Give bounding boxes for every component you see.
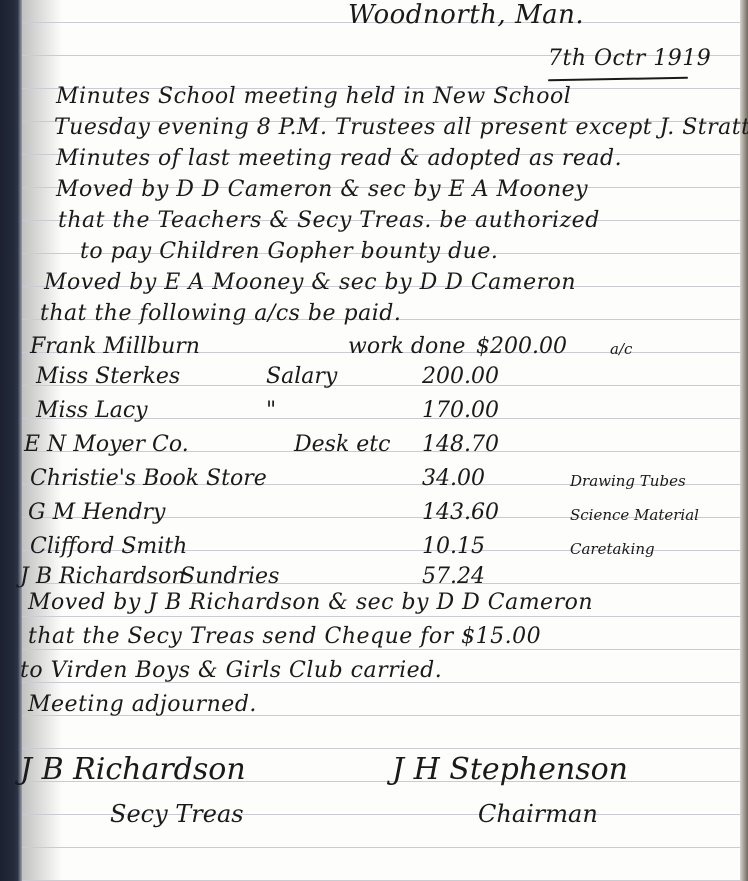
signature-secretary: J B Richardson xyxy=(20,752,246,787)
body-line: to pay Children Gopher bounty due. xyxy=(80,239,498,264)
account-amount: 143.60 xyxy=(422,500,499,525)
account-description: " xyxy=(266,398,276,423)
closing-line: that the Secy Treas send Cheque for $15.… xyxy=(28,624,541,649)
signature-chairman-title: Chairman xyxy=(478,800,598,828)
signature-chairman: J H Stephenson xyxy=(392,752,628,787)
account-amount: 148.70 xyxy=(422,432,499,457)
closing-line: Meeting adjourned. xyxy=(28,692,257,717)
body-line: that the following a/cs be paid. xyxy=(40,301,401,326)
account-name: J B Richardson xyxy=(20,564,185,589)
account-note: Drawing Tubes xyxy=(570,472,686,490)
account-amount: 200.00 xyxy=(422,364,499,389)
body-line: Minutes School meeting held in New Schoo… xyxy=(56,84,571,109)
body-line: Minutes of last meeting read & adopted a… xyxy=(56,146,622,171)
place-heading: Woodnorth, Man. xyxy=(348,0,584,30)
body-line: Moved by D D Cameron & sec by E A Mooney xyxy=(56,177,588,202)
account-name: Clifford Smith xyxy=(30,534,187,559)
account-note: Science Material xyxy=(570,506,699,524)
account-description: Salary xyxy=(266,364,337,389)
closing-line: to Virden Boys & Girls Club carried. xyxy=(20,658,442,683)
account-amount: 10.15 xyxy=(422,534,485,559)
body-line: Moved by E A Mooney & sec by D D Cameron xyxy=(44,270,576,295)
account-amount: 34.00 xyxy=(422,466,485,491)
account-name: Miss Lacy xyxy=(36,398,148,423)
account-amount: 170.00 xyxy=(422,398,499,423)
date-heading: 7th Octr 1919 xyxy=(548,46,711,71)
date-underline xyxy=(548,77,688,81)
account-amount: $200.00 xyxy=(476,334,567,359)
account-amount: 57.24 xyxy=(422,564,485,589)
account-description: Sundries xyxy=(180,564,279,589)
account-description: work done xyxy=(348,334,465,359)
closing-line: Moved by J B Richardson & sec by D D Cam… xyxy=(28,590,593,615)
account-name: E N Moyer Co. xyxy=(24,432,189,457)
account-note: Caretaking xyxy=(570,540,655,558)
account-name: G M Hendry xyxy=(28,500,166,525)
account-description: Desk etc xyxy=(294,432,390,457)
account-name: Christie's Book Store xyxy=(30,466,267,491)
signature-secretary-title: Secy Treas xyxy=(110,800,244,828)
account-name: Frank Millburn xyxy=(30,334,200,359)
body-line: that the Teachers & Secy Treas. be autho… xyxy=(58,208,600,233)
account-note: a/c xyxy=(610,340,632,358)
body-line: Tuesday evening 8 P.M. Trustees all pres… xyxy=(54,115,748,140)
account-name: Miss Sterkes xyxy=(36,364,180,389)
minutes-page: Woodnorth, Man. 7th Octr 1919 Minutes Sc… xyxy=(0,0,748,881)
